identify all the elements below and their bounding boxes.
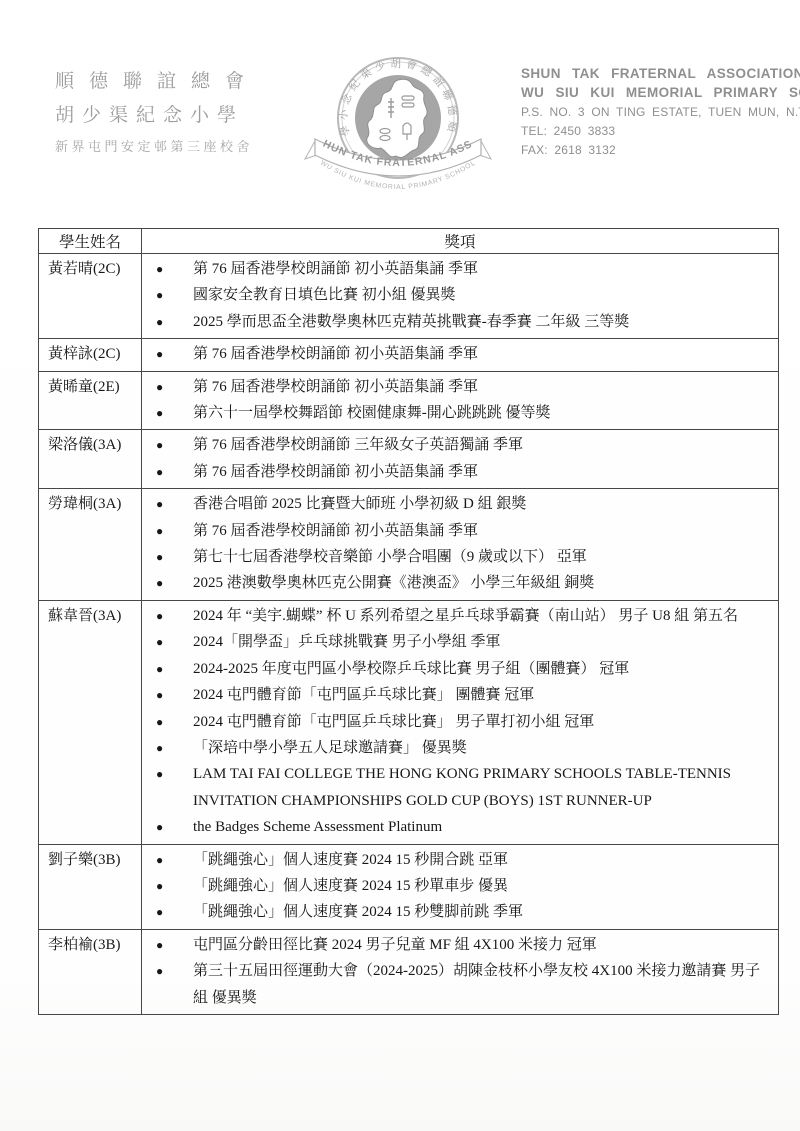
bullet-icon: ● <box>156 603 171 629</box>
school-logo: 學小念紀渠少胡會總誼聯德順 SHUN TAK FRATERNAL ASSN WU… <box>303 38 493 215</box>
table-row: 勞瑋桐(3A)●香港合唱節 2025 比賽暨大師班 小學初級 D 組 銀獎●第 … <box>39 489 779 601</box>
bullet-icon: ● <box>156 432 171 458</box>
table-row: 梁洛儀(3A)●第 76 屆香港學校朗誦節 三年級女子英語獨誦 季軍●第 76 … <box>39 430 779 489</box>
award-text: 第 76 屆香港學校朗誦節 初小英語集誦 季軍 <box>193 518 770 544</box>
bullet-icon: ● <box>156 374 171 400</box>
student-name-cell: 劉子樂(3B) <box>39 844 142 929</box>
award-text: 「跳繩強心」個人速度賽 2024 15 秒單車步 優異 <box>193 873 770 899</box>
award-text: 第 76 屆香港學校朗誦節 初小英語集誦 季軍 <box>193 459 770 485</box>
bullet-icon: ● <box>156 899 171 925</box>
awards-cell: ●香港合唱節 2025 比賽暨大師班 小學初級 D 組 銀獎●第 76 屆香港學… <box>142 489 779 601</box>
table-row: 蘇韋晉(3A)●2024 年 “美宇.蝴蝶” 杯 U 系列希望之星乒乓球爭霸賽（… <box>39 600 779 844</box>
bullet-icon: ● <box>156 544 171 570</box>
award-text: 第三十五屆田徑運動大會（2024-2025）胡陳金枝杯小學友校 4X100 米接… <box>193 958 770 1011</box>
award-text: 2024「開學盃」乒乓球挑戰賽 男子小學組 季軍 <box>193 629 770 655</box>
awards-table-container: 學生姓名 獎項 黃若晴(2C)●第 76 屆香港學校朗誦節 初小英語集誦 季軍●… <box>38 228 779 1015</box>
table-row: 黃梓詠(2C)●第 76 屆香港學校朗誦節 初小英語集誦 季軍 <box>39 339 779 371</box>
awards-cell: ●第 76 屆香港學校朗誦節 初小英語集誦 季軍 <box>142 339 779 371</box>
awards-cell: ●第 76 屆香港學校朗誦節 初小英語集誦 季軍●第六十一屆學校舞蹈節 校園健康… <box>142 371 779 430</box>
award-item: ●第 76 屆香港學校朗誦節 初小英語集誦 季軍 <box>142 341 770 367</box>
award-text: 第 76 屆香港學校朗誦節 三年級女子英語獨誦 季軍 <box>193 432 770 458</box>
school-fax: FAX: 2618 3132 <box>521 141 800 159</box>
bullet-icon: ● <box>156 958 171 1011</box>
column-header-awards: 獎項 <box>142 229 779 254</box>
school-address-cn: 新界屯門安定邨第三座校舍 <box>55 136 259 155</box>
awards-cell: ●第 76 屆香港學校朗誦節 三年級女子英語獨誦 季軍●第 76 屆香港學校朗誦… <box>142 430 779 489</box>
award-text: 2025 港澳數學奧林匹克公開賽《港澳盃》 小學三年級組 銅獎 <box>193 570 770 596</box>
bullet-icon: ● <box>156 682 171 708</box>
bullet-icon: ● <box>156 459 171 485</box>
bullet-icon: ● <box>156 518 171 544</box>
award-text: 2024-2025 年度屯門區小學校際乒乓球比賽 男子組（團體賽） 冠軍 <box>193 656 770 682</box>
bullet-icon: ● <box>156 570 171 596</box>
award-item: ●國家安全教育日填色比賽 初小組 優異獎 <box>142 282 770 308</box>
school-tel: TEL: 2450 3833 <box>521 122 800 140</box>
bullet-icon: ● <box>156 256 171 282</box>
bullet-icon: ● <box>156 873 171 899</box>
award-item: ●第六十一屆學校舞蹈節 校園健康舞-開心跳跳跳 優等獎 <box>142 400 770 426</box>
award-item: ●2024 屯門體育節「屯門區乒乓球比賽」 團體賽 冠軍 <box>142 682 770 708</box>
bullet-icon: ● <box>156 709 171 735</box>
bullet-icon: ● <box>156 400 171 426</box>
awards-table: 學生姓名 獎項 黃若晴(2C)●第 76 屆香港學校朗誦節 初小英語集誦 季軍●… <box>38 228 779 1015</box>
awards-cell: ●「跳繩強心」個人速度賽 2024 15 秒開合跳 亞軍●「跳繩強心」個人速度賽… <box>142 844 779 929</box>
award-text: 屯門區分齡田徑比賽 2024 男子兒童 MF 組 4X100 米接力 冠軍 <box>193 932 770 958</box>
bullet-icon: ● <box>156 814 171 840</box>
school-crest-icon: 學小念紀渠少胡會總誼聯德順 SHUN TAK FRATERNAL ASSN WU… <box>303 38 493 210</box>
school-name-en-line2: WU SIU KUI MEMORIAL PRIMARY SCHOOL <box>521 83 800 102</box>
award-text: the Badges Scheme Assessment Platinum <box>193 814 770 840</box>
award-text: 第 76 屆香港學校朗誦節 初小英語集誦 季軍 <box>193 341 770 367</box>
award-text: 「跳繩強心」個人速度賽 2024 15 秒雙脚前跳 季軍 <box>193 899 770 925</box>
bullet-icon: ● <box>156 932 171 958</box>
award-item: ●第 76 屆香港學校朗誦節 三年級女子英語獨誦 季軍 <box>142 432 770 458</box>
award-text: 第七十七屆香港學校音樂節 小學合唱團（9 歲或以下） 亞軍 <box>193 544 770 570</box>
awards-cell: ●第 76 屆香港學校朗誦節 初小英語集誦 季軍●國家安全教育日填色比賽 初小組… <box>142 254 779 339</box>
award-item: ●2024 屯門體育節「屯門區乒乓球比賽」 男子單打初小組 冠軍 <box>142 709 770 735</box>
awards-cell: ●屯門區分齡田徑比賽 2024 男子兒童 MF 組 4X100 米接力 冠軍●第… <box>142 929 779 1014</box>
bullet-icon: ● <box>156 491 171 517</box>
student-name-cell: 梁洛儀(3A) <box>39 430 142 489</box>
award-item: ●「跳繩強心」個人速度賽 2024 15 秒開合跳 亞軍 <box>142 847 770 873</box>
student-name-cell: 黃晞童(2E) <box>39 371 142 430</box>
award-text: 2024 屯門體育節「屯門區乒乓球比賽」 男子單打初小組 冠軍 <box>193 709 770 735</box>
award-item: ●第三十五屆田徑運動大會（2024-2025）胡陳金枝杯小學友校 4X100 米… <box>142 958 770 1011</box>
award-text: 2025 學而思盃全港數學奧林匹克精英挑戰賽-春季賽 二年級 三等獎 <box>193 309 770 335</box>
award-item: ●香港合唱節 2025 比賽暨大師班 小學初級 D 組 銀獎 <box>142 491 770 517</box>
award-item: ●「跳繩強心」個人速度賽 2024 15 秒單車步 優異 <box>142 873 770 899</box>
award-text: 第六十一屆學校舞蹈節 校園健康舞-開心跳跳跳 優等獎 <box>193 400 770 426</box>
award-item: ●2024「開學盃」乒乓球挑戰賽 男子小學組 季軍 <box>142 629 770 655</box>
award-text: LAM TAI FAI COLLEGE THE HONG KONG PRIMAR… <box>193 761 770 814</box>
school-name-cn-line1: 順德聯誼總會 <box>55 66 259 93</box>
table-header-row: 學生姓名 獎項 <box>39 229 779 254</box>
column-header-student-name: 學生姓名 <box>39 229 142 254</box>
document-page: 順德聯誼總會 胡少渠紀念小學 新界屯門安定邨第三座校舍 學小念紀渠少胡會總誼聯德… <box>0 0 800 1131</box>
award-text: 香港合唱節 2025 比賽暨大師班 小學初級 D 組 銀獎 <box>193 491 770 517</box>
award-item: ●第 76 屆香港學校朗誦節 初小英語集誦 季軍 <box>142 256 770 282</box>
award-text: 2024 年 “美宇.蝴蝶” 杯 U 系列希望之星乒乓球爭霸賽（南山站） 男子 … <box>193 603 770 629</box>
school-header-english: SHUN TAK FRATERNAL ASSOCIATION WU SIU KU… <box>521 64 800 159</box>
award-text: 2024 屯門體育節「屯門區乒乓球比賽」 團體賽 冠軍 <box>193 682 770 708</box>
award-text: 第 76 屆香港學校朗誦節 初小英語集誦 季軍 <box>193 256 770 282</box>
award-item: ●the Badges Scheme Assessment Platinum <box>142 814 770 840</box>
table-row: 黃晞童(2E)●第 76 屆香港學校朗誦節 初小英語集誦 季軍●第六十一屆學校舞… <box>39 371 779 430</box>
student-name-cell: 勞瑋桐(3A) <box>39 489 142 601</box>
bullet-icon: ● <box>156 735 171 761</box>
award-item: ●屯門區分齡田徑比賽 2024 男子兒童 MF 組 4X100 米接力 冠軍 <box>142 932 770 958</box>
award-item: ●2024-2025 年度屯門區小學校際乒乓球比賽 男子組（團體賽） 冠軍 <box>142 656 770 682</box>
award-item: ●第七十七屆香港學校音樂節 小學合唱團（9 歲或以下） 亞軍 <box>142 544 770 570</box>
award-text: 國家安全教育日填色比賽 初小組 優異獎 <box>193 282 770 308</box>
award-text: 「跳繩強心」個人速度賽 2024 15 秒開合跳 亞軍 <box>193 847 770 873</box>
school-header-chinese: 順德聯誼總會 胡少渠紀念小學 新界屯門安定邨第三座校舍 <box>55 66 259 155</box>
award-text: 第 76 屆香港學校朗誦節 初小英語集誦 季軍 <box>193 374 770 400</box>
bullet-icon: ● <box>156 282 171 308</box>
award-item: ●2025 港澳數學奧林匹克公開賽《港澳盃》 小學三年級組 銅獎 <box>142 570 770 596</box>
bullet-icon: ● <box>156 656 171 682</box>
award-item: ●「跳繩強心」個人速度賽 2024 15 秒雙脚前跳 季軍 <box>142 899 770 925</box>
bullet-icon: ● <box>156 761 171 814</box>
school-address-en: P.S. NO. 3 ON TING ESTATE, TUEN MUN, N.T… <box>521 103 800 121</box>
award-item: ●2025 學而思盃全港數學奧林匹克精英挑戰賽-春季賽 二年級 三等獎 <box>142 309 770 335</box>
school-name-en-line1: SHUN TAK FRATERNAL ASSOCIATION <box>521 64 800 83</box>
awards-cell: ●2024 年 “美宇.蝴蝶” 杯 U 系列希望之星乒乓球爭霸賽（南山站） 男子… <box>142 600 779 844</box>
award-item: ●第 76 屆香港學校朗誦節 初小英語集誦 季軍 <box>142 459 770 485</box>
student-name-cell: 黃若晴(2C) <box>39 254 142 339</box>
award-text: 「深培中學小學五人足球邀請賽」 優異獎 <box>193 735 770 761</box>
award-item: ●LAM TAI FAI COLLEGE THE HONG KONG PRIMA… <box>142 761 770 814</box>
table-row: 李柏褕(3B)●屯門區分齡田徑比賽 2024 男子兒童 MF 組 4X100 米… <box>39 929 779 1014</box>
bullet-icon: ● <box>156 629 171 655</box>
table-row: 劉子樂(3B)●「跳繩強心」個人速度賽 2024 15 秒開合跳 亞軍●「跳繩強… <box>39 844 779 929</box>
awards-table-body: 黃若晴(2C)●第 76 屆香港學校朗誦節 初小英語集誦 季軍●國家安全教育日填… <box>39 254 779 1015</box>
table-row: 黃若晴(2C)●第 76 屆香港學校朗誦節 初小英語集誦 季軍●國家安全教育日填… <box>39 254 779 339</box>
bullet-icon: ● <box>156 341 171 367</box>
bullet-icon: ● <box>156 847 171 873</box>
award-item: ●「深培中學小學五人足球邀請賽」 優異獎 <box>142 735 770 761</box>
award-item: ●第 76 屆香港學校朗誦節 初小英語集誦 季軍 <box>142 518 770 544</box>
bullet-icon: ● <box>156 309 171 335</box>
award-item: ●第 76 屆香港學校朗誦節 初小英語集誦 季軍 <box>142 374 770 400</box>
award-item: ●2024 年 “美宇.蝴蝶” 杯 U 系列希望之星乒乓球爭霸賽（南山站） 男子… <box>142 603 770 629</box>
student-name-cell: 李柏褕(3B) <box>39 929 142 1014</box>
student-name-cell: 蘇韋晉(3A) <box>39 600 142 844</box>
student-name-cell: 黃梓詠(2C) <box>39 339 142 371</box>
school-name-cn-line2: 胡少渠紀念小學 <box>55 100 259 127</box>
